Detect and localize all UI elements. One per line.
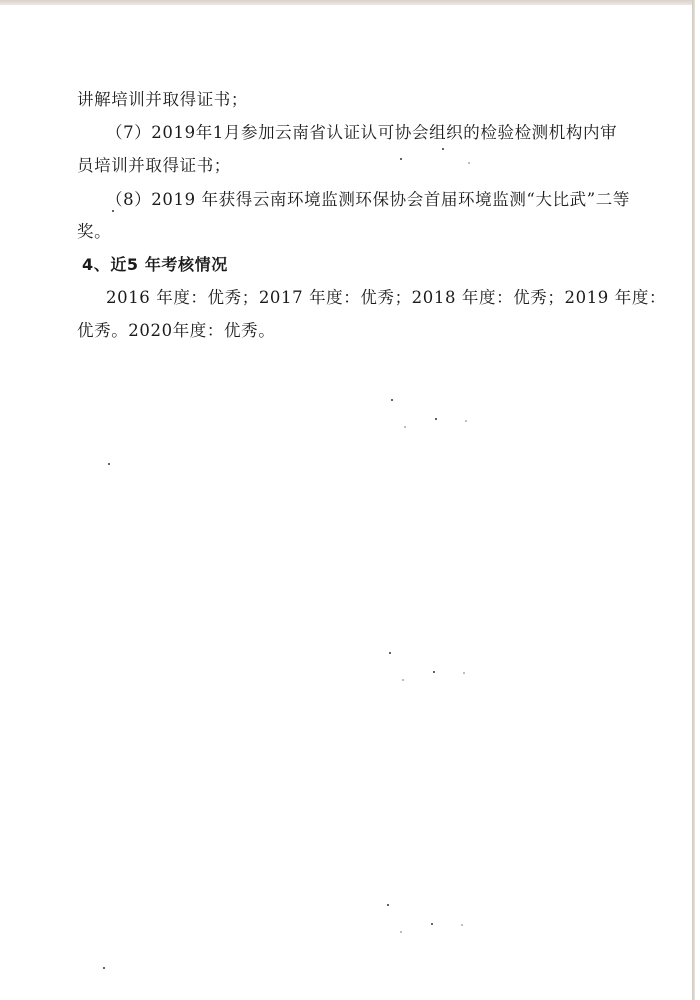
scan-speck — [391, 399, 393, 401]
scan-speck — [465, 420, 467, 422]
scan-speck — [468, 162, 470, 164]
scan-speck — [433, 671, 435, 673]
scan-speck — [442, 148, 444, 150]
scan-speck — [400, 931, 402, 933]
list-item-8-line-2: 奖。 — [77, 222, 111, 242]
paragraph-line-continuation: 讲解培训并取得证书； — [77, 90, 248, 110]
scan-speck — [463, 672, 465, 674]
scan-speck — [435, 418, 437, 420]
list-item-7-line-2: 员培训并取得证书； — [77, 156, 231, 176]
list-item-8-line-1: （8）2019 年获得云南环境监测环保协会首届环境监测“大比武”二等 — [106, 190, 630, 210]
scan-speck — [103, 967, 105, 969]
scan-speck — [431, 923, 433, 925]
section-heading: 4、近5 年考核情况 — [82, 255, 228, 275]
document-page: 讲解培训并取得证书； （7）2019年1月参加云南省认证认可协会组织的检验检测机… — [0, 0, 692, 1000]
assessment-line-1: 2016 年度：优秀；2017 年度：优秀；2018 年度：优秀；2019 年度… — [106, 288, 666, 308]
scan-speck — [404, 426, 406, 428]
assessment-line-2: 优秀。2020年度：优秀。 — [77, 321, 275, 341]
scan-speck — [400, 158, 402, 160]
scan-speck — [402, 679, 404, 681]
scan-speck — [387, 904, 389, 906]
scan-margin — [695, 0, 700, 1000]
scan-speck — [108, 463, 110, 465]
scan-speck — [461, 924, 463, 926]
scan-speck — [112, 210, 114, 212]
list-item-7-line-1: （7）2019年1月参加云南省认证认可协会组织的检验检测机构内审 — [106, 123, 617, 143]
scan-speck — [389, 652, 391, 654]
